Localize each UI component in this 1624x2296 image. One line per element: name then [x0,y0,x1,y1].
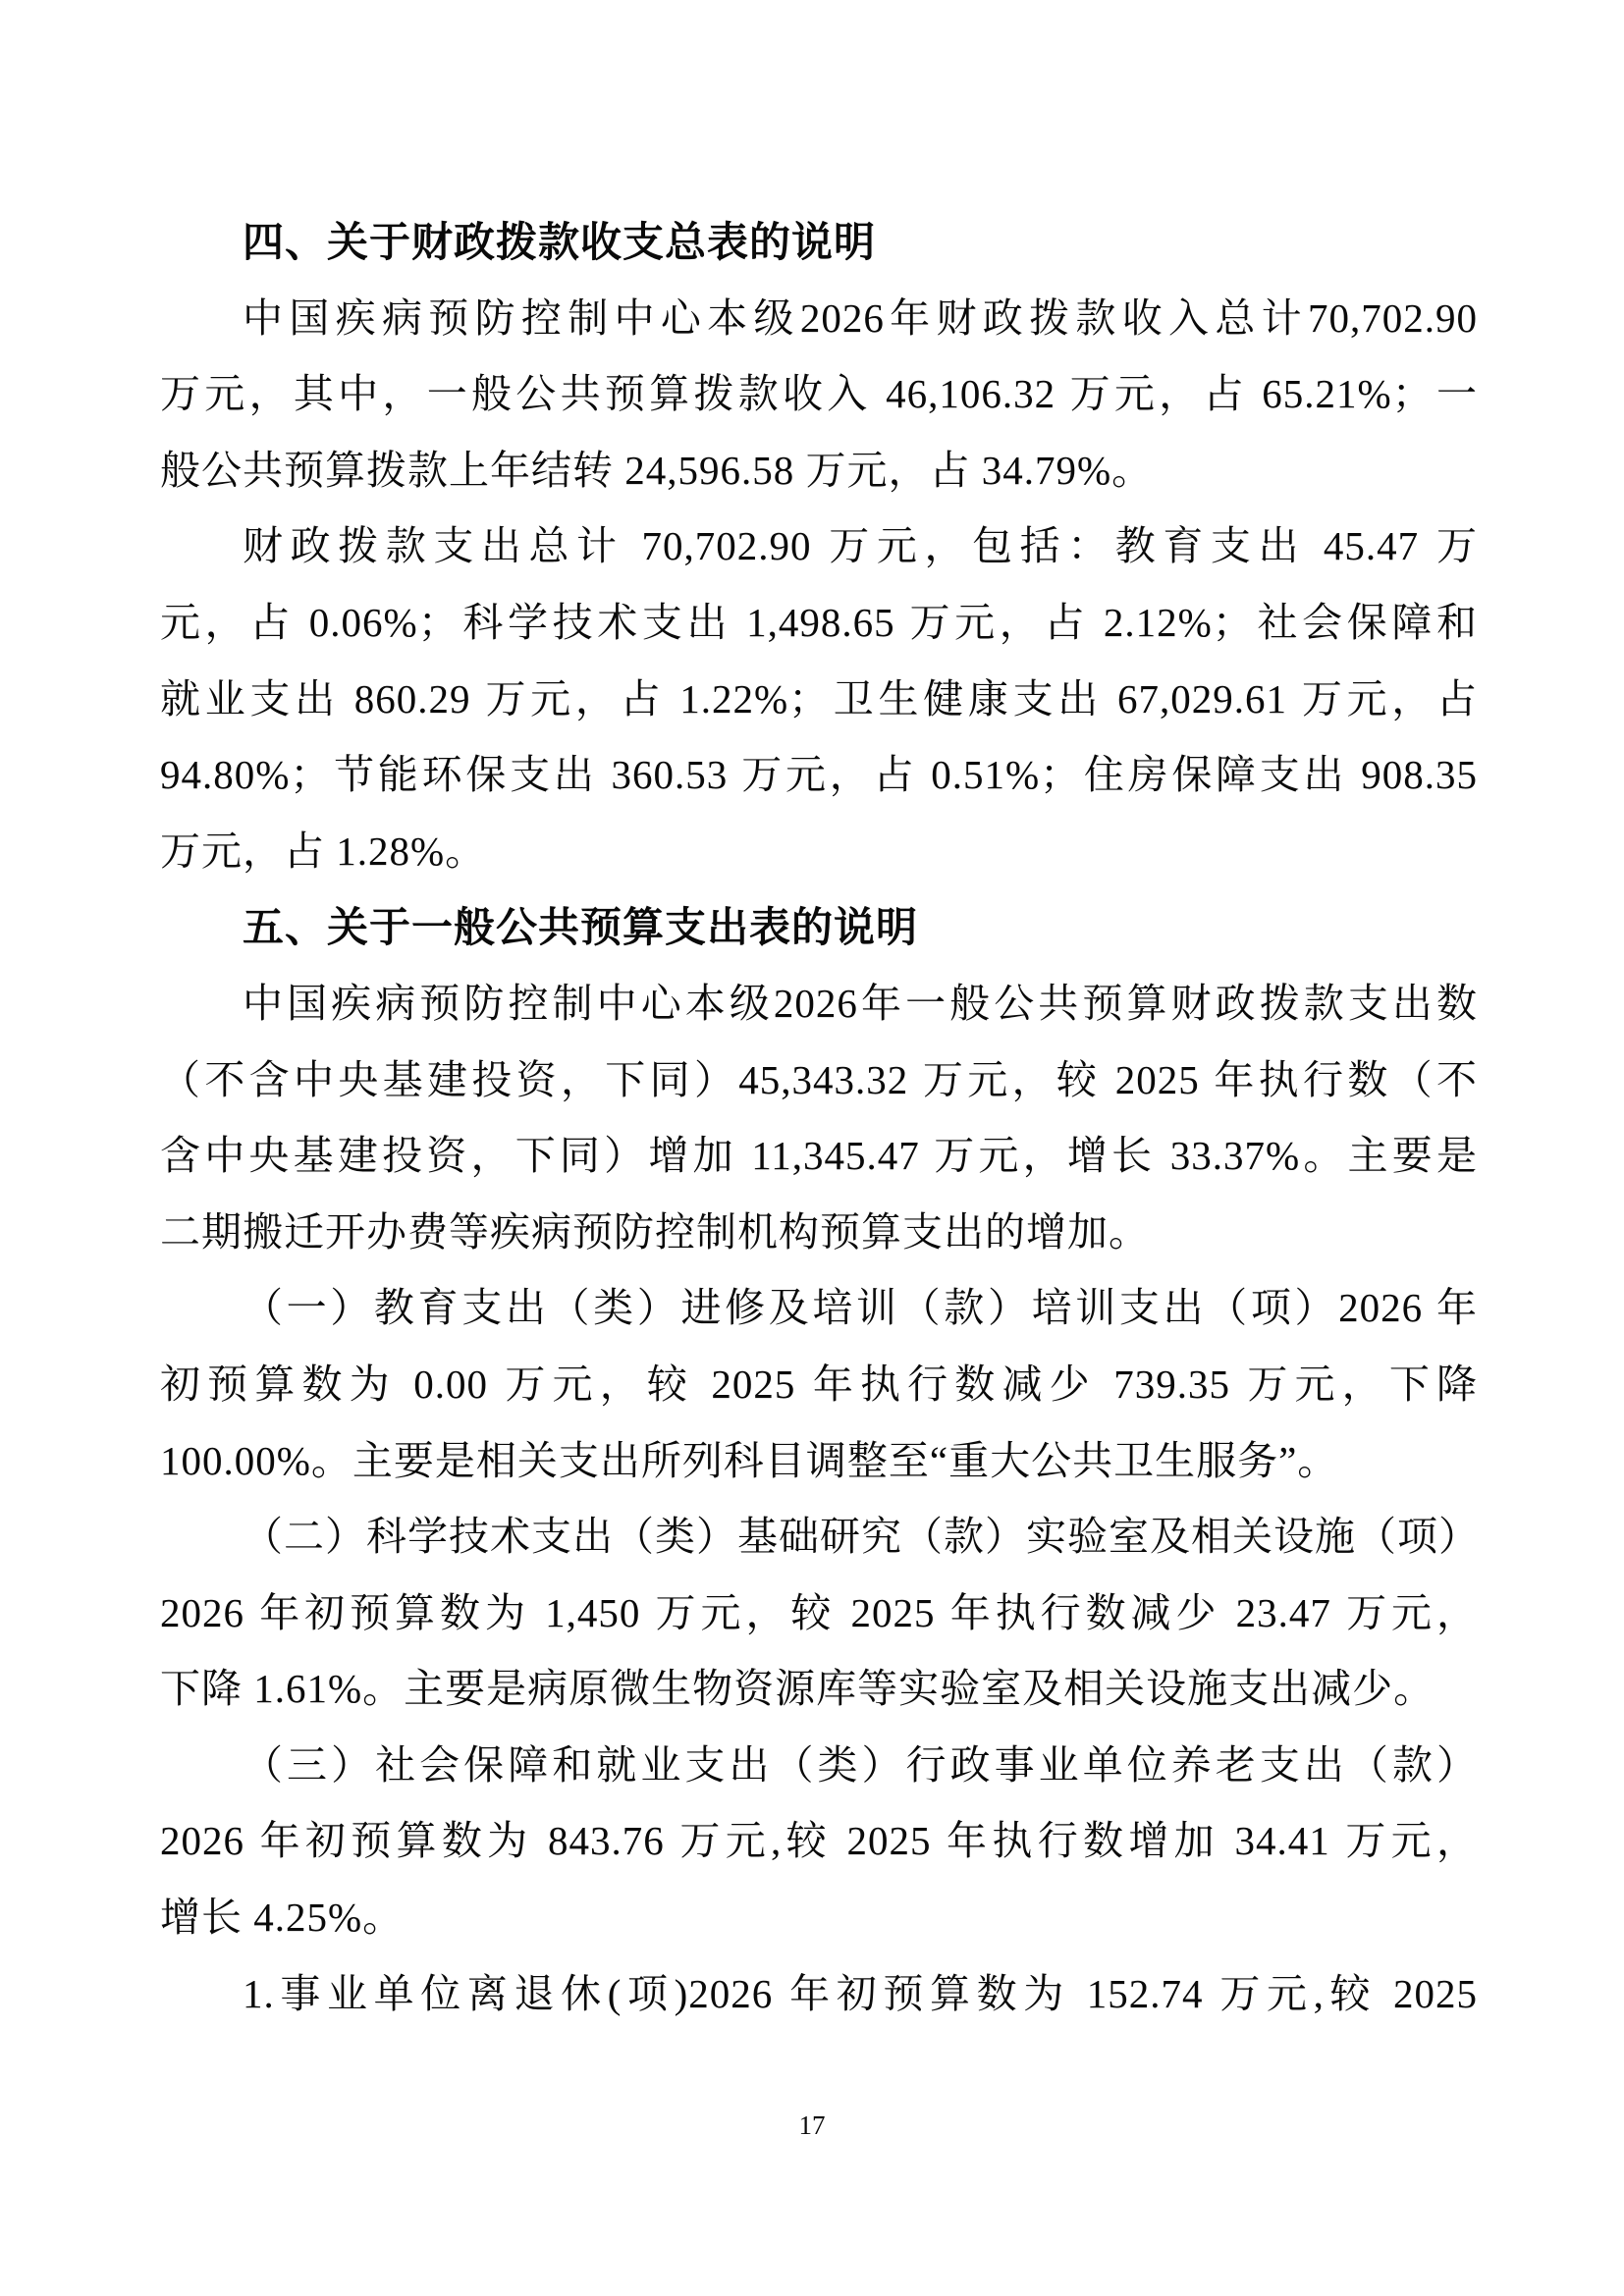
paragraph-line: （三）社会保障和就业支出（类）行政事业单位养老支出（款） [160,1728,1478,1804]
paragraph-line: 中国疾病预防控制中心本级2026年一般公共预算财政拨款支出数 [160,966,1478,1042]
paragraph-line: 2026 年初预算数为 1,450 万元，较 2025 年执行数减少 23.47… [160,1575,1478,1652]
paragraph-line: 94.80%；节能环保支出 360.53 万元，占 0.51%；住房保障支出 9… [160,737,1478,814]
paragraph-line: （一）教育支出（类）进修及培训（款）培训支出（项）2026 年 [160,1270,1478,1347]
paragraph-line: 财政拨款支出总计 70,702.90 万元，包括：教育支出 45.47 万 [160,508,1478,585]
paragraph-line: （不含中央基建投资，下同）45,343.32 万元，较 2025 年执行数（不 [160,1042,1478,1119]
document-body: 四、关于财政拨款收支总表的说明 中国疾病预防控制中心本级2026年财政拨款收入总… [160,204,1478,2032]
paragraph-line: 初预算数为 0.00 万元，较 2025 年执行数减少 739.35 万元，下降 [160,1347,1478,1423]
paragraph-line: 2026 年初预算数为 843.76 万元,较 2025 年执行数增加 34.4… [160,1803,1478,1880]
paragraph-line: 增长 4.25%。 [160,1880,1478,1956]
paragraph-line: 含中央基建投资，下同）增加 11,345.47 万元，增长 33.37%。主要是 [160,1118,1478,1195]
page-number: 17 [0,2110,1624,2141]
paragraph-line: （二）科学技术支出（类）基础研究（款）实验室及相关设施（项） [160,1499,1478,1575]
paragraph-line: 般公共预算拨款上年结转 24,596.58 万元，占 34.79%。 [160,433,1478,509]
paragraph-line: 万元，占 1.28%。 [160,814,1478,890]
paragraph-line: 万元，其中，一般公共预算拨款收入 46,106.32 万元，占 65.21%；一 [160,356,1478,433]
paragraph-line: 下降 1.61%。主要是病原微生物资源库等实验室及相关设施支出减少。 [160,1651,1478,1728]
section-heading-4: 四、关于财政拨款收支总表的说明 [160,204,1478,281]
document-page: 四、关于财政拨款收支总表的说明 中国疾病预防控制中心本级2026年财政拨款收入总… [0,0,1624,2296]
paragraph-line: 中国疾病预防控制中心本级2026年财政拨款收入总计70,702.90 [160,281,1478,357]
paragraph-line: 就业支出 860.29 万元，占 1.22%；卫生健康支出 67,029.61 … [160,662,1478,738]
paragraph-line: 二期搬迁开办费等疾病预防控制机构预算支出的增加。 [160,1195,1478,1271]
paragraph-line: 1.事业单位离退休(项)2026 年初预算数为 152.74 万元,较 2025 [160,1956,1478,2033]
paragraph-line: 元，占 0.06%；科学技术支出 1,498.65 万元，占 2.12%；社会保… [160,585,1478,662]
section-heading-5: 五、关于一般公共预算支出表的说明 [160,889,1478,966]
paragraph-line: 100.00%。主要是相关支出所列科目调整至“重大公共卫生服务”。 [160,1423,1478,1500]
